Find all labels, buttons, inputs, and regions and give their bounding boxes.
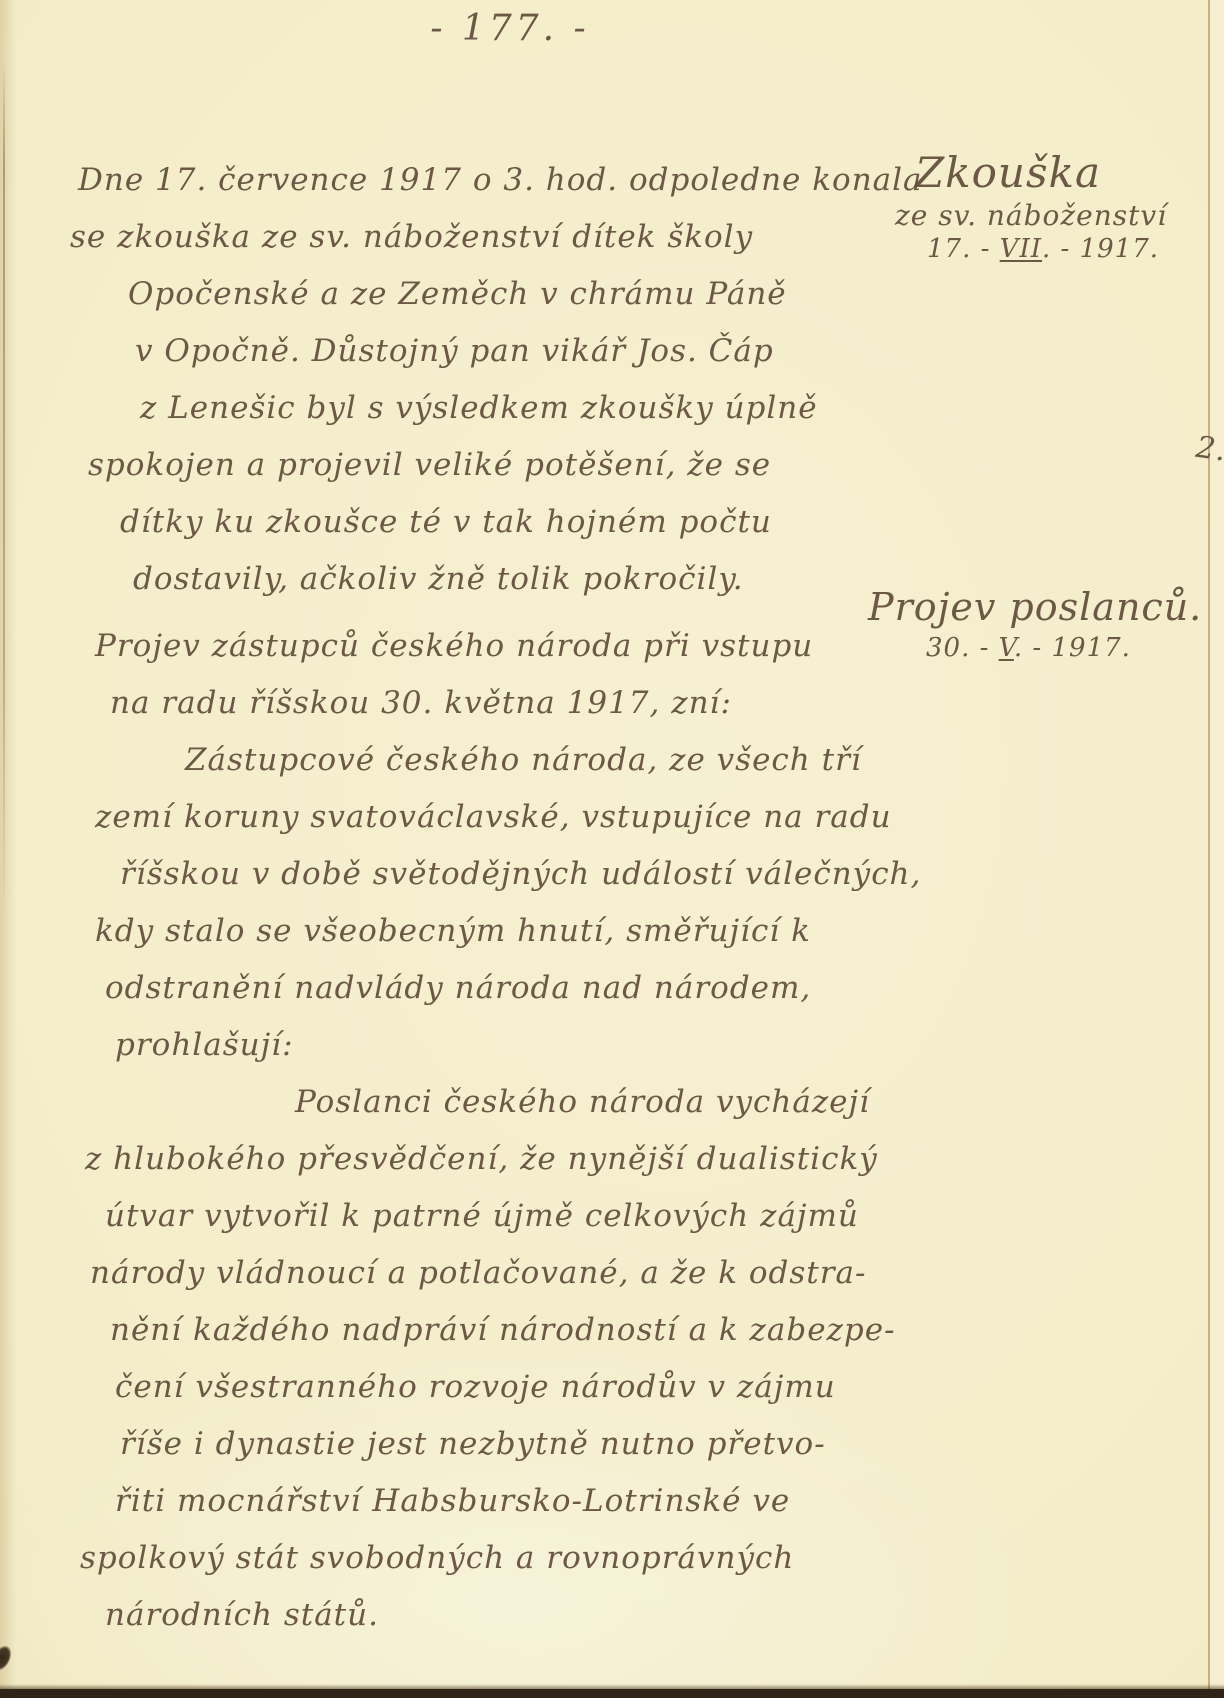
date-roman-month: VII xyxy=(1000,234,1042,264)
handwritten-line: spokojen a projevil veliké potěšení, že … xyxy=(88,437,980,494)
handwritten-line: říšskou v době světodějných událostí vál… xyxy=(120,846,980,903)
handwritten-body: Dne 17. července 1917 o 3. hod. odpoledn… xyxy=(0,152,980,1644)
handwritten-line: zemí koruny svatováclavské, vstupujíce n… xyxy=(95,789,980,846)
handwritten-line: se zkouška ze sv. náboženství dítek škol… xyxy=(70,209,980,266)
page-number: - 177. - xyxy=(0,8,1020,49)
handwritten-line: Dne 17. července 1917 o 3. hod. odpoledn… xyxy=(78,152,980,209)
margin-note-date: 17. - VII. - 1917. xyxy=(927,234,1215,264)
handwritten-line: na radu říšskou 30. května 1917, zní: xyxy=(110,675,980,732)
margin-note-title: Projev poslanců. xyxy=(868,585,1218,629)
ink-blot xyxy=(0,1643,15,1673)
handwritten-line: národy vládnoucí a potlačované, a že k o… xyxy=(90,1245,980,1302)
margin-note-title: Zkouška xyxy=(915,148,1215,197)
handwritten-line: z hlubokého přesvědčení, že nynější dual… xyxy=(85,1131,980,1188)
handwritten-line: odstranění nadvlády národa nad národem, xyxy=(105,960,980,1017)
handwritten-line: říše i dynastie jest nezbytně nutno přet… xyxy=(120,1416,980,1473)
handwritten-line: Zástupcové českého národa, ze všech tří xyxy=(185,732,980,789)
handwritten-line: nění každého nadpráví národností a k zab… xyxy=(110,1302,980,1359)
date-year: . - 1917. xyxy=(1014,633,1131,663)
handwritten-line: spolkový stát svobodných a rovnoprávných xyxy=(80,1530,980,1587)
handwritten-line: dostavily, ačkoliv žně tolik pokročily. xyxy=(133,551,980,608)
handwritten-line: Projev zástupců českého národa při vstup… xyxy=(95,618,980,675)
book-bottom-edge xyxy=(0,1689,1224,1698)
date-roman-month: V xyxy=(999,633,1014,663)
stray-number-mark: 2. xyxy=(1194,430,1224,469)
margin-note-date: 30. - V. - 1917. xyxy=(926,633,1218,663)
handwritten-line: z Lenešic byl s výsledkem zkoušky úplně xyxy=(140,380,980,437)
chronicle-page-scan: 2. - 177. - Dne 17. července 1917 o 3. h… xyxy=(0,0,1224,1698)
handwritten-line: prohlašují: xyxy=(115,1017,980,1074)
margin-note-declaration: Projev poslanců. 30. - V. - 1917. xyxy=(868,585,1218,663)
handwritten-line: řiti mocnářství Habsbursko-Lotrinské ve xyxy=(115,1473,980,1530)
handwritten-line: dítky ku zkoušce té v tak hojném počtu xyxy=(120,494,980,551)
handwritten-line: čení všestranného rozvoje národův v zájm… xyxy=(115,1359,980,1416)
handwritten-line: Opočenské a ze Zeměch v chrámu Páně xyxy=(128,266,980,323)
handwritten-line: kdy stalo se všeobecným hnutí, směřující… xyxy=(95,903,980,960)
margin-note-subtitle: ze sv. náboženství xyxy=(895,199,1215,232)
margin-note-exam: Zkouška ze sv. náboženství 17. - VII. - … xyxy=(895,148,1215,264)
handwritten-line: Poslanci českého národa vycházejí xyxy=(295,1074,980,1131)
handwritten-line: národních států. xyxy=(105,1587,980,1644)
date-day: 30. - xyxy=(926,633,999,663)
handwritten-line: v Opočně. Důstojný pan vikář Jos. Čáp xyxy=(135,323,980,380)
date-day: 17. - xyxy=(927,234,1000,264)
date-year: . - 1917. xyxy=(1042,234,1159,264)
handwritten-line: útvar vytvořil k patrné újmě celkových z… xyxy=(105,1188,980,1245)
